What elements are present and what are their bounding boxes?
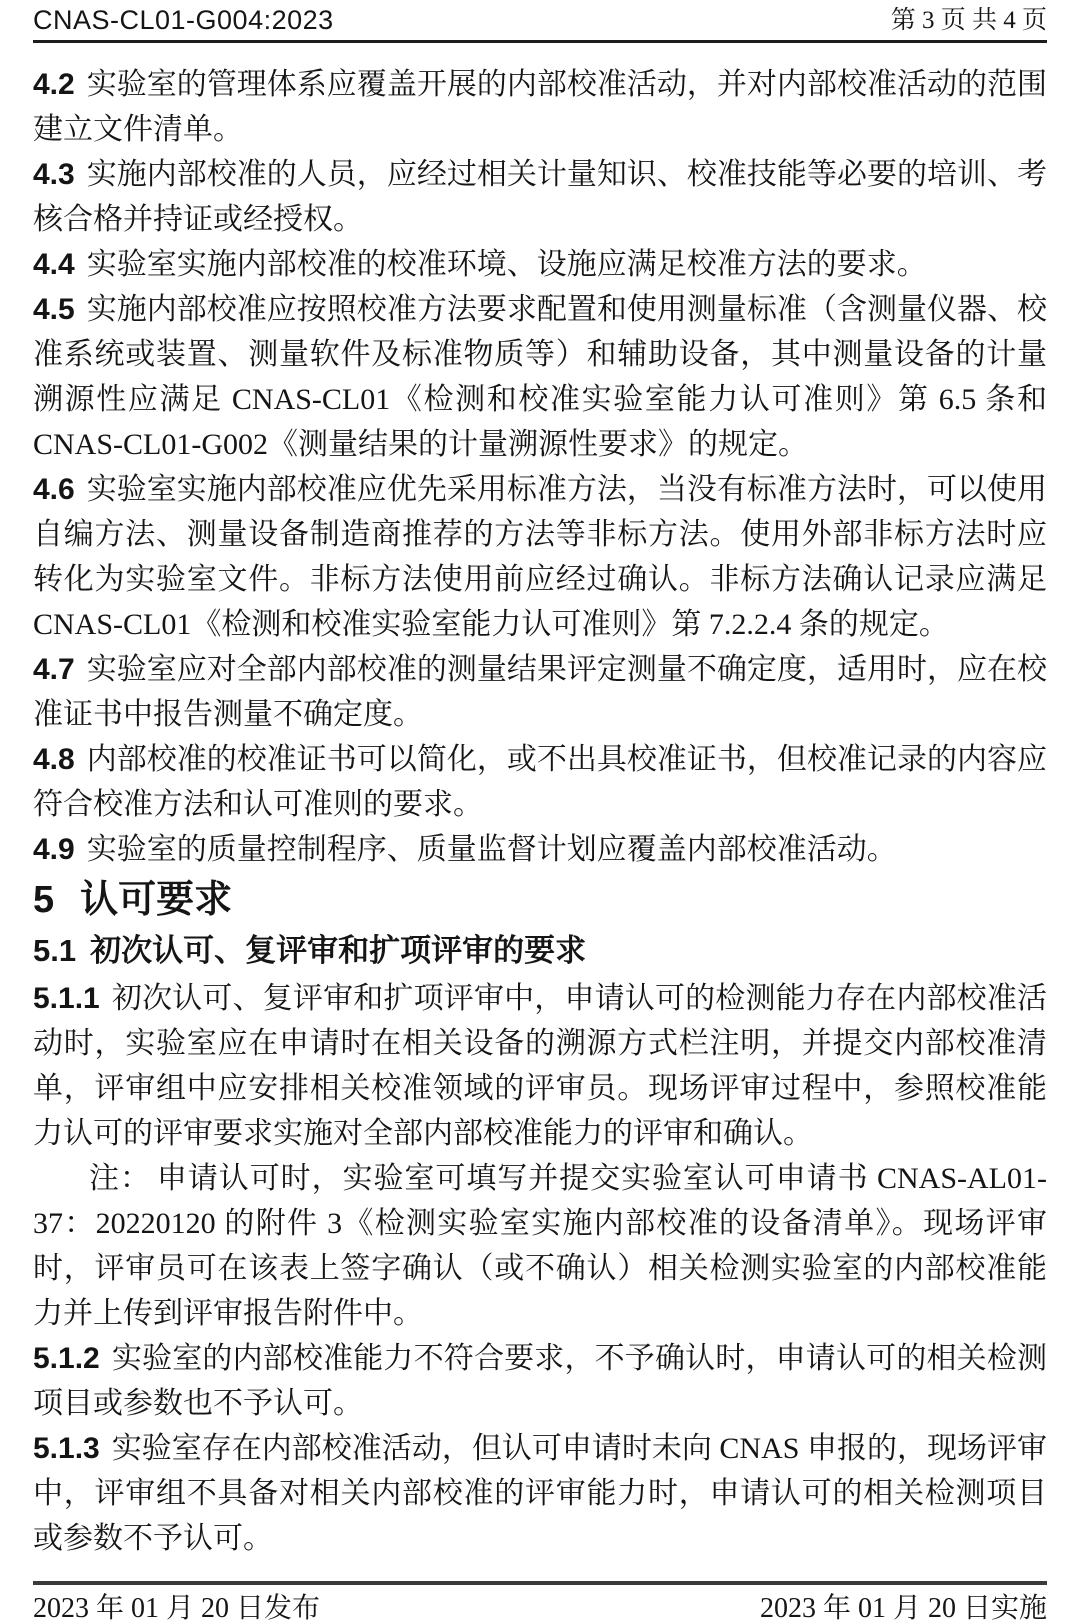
clause-5-1-1: 5.1.1初次认可、复评审和扩项评审中，申请认可的检测能力存在内部校准活动时，实… bbox=[33, 976, 1047, 1156]
clause-4-7: 4.7实验室应对全部内部校准的测量结果评定测量不确定度，适用时，应在校准证书中报… bbox=[33, 647, 1047, 737]
clause-number: 4.5 bbox=[33, 293, 75, 326]
clause-number: 4.6 bbox=[33, 473, 75, 506]
page-number: 第 3 页 共 4 页 bbox=[891, 0, 1047, 36]
clause-5-1-2: 5.1.2实验室的内部校准能力不符合要求，不予确认时，申请认可的相关检测项目或参… bbox=[33, 1336, 1047, 1426]
clause-text: 实验室的质量控制程序、质量监督计划应覆盖内部校准活动。 bbox=[87, 833, 897, 866]
clause-4-2: 4.2实验室的管理体系应覆盖开展的内部校准活动，并对内部校准活动的范围建立文件清… bbox=[33, 62, 1047, 152]
section-number: 5 bbox=[33, 879, 54, 921]
note-text: 申请认可时，实验室可填写并提交实验室认可申请书 CNAS-AL01-37：202… bbox=[33, 1162, 1047, 1330]
clause-text: 实验室实施内部校准应优先采用标准方法，当没有标准方法时，可以使用自编方法、测量设… bbox=[33, 473, 1047, 641]
document-page: CNAS-CL01-G004:2023 第 3 页 共 4 页 4.2实验室的管… bbox=[0, 0, 1080, 1620]
section-heading-5-1: 5.1初次认可、复评审和扩项评审的要求 bbox=[33, 926, 1047, 976]
clause-text: 实验室的管理体系应覆盖开展的内部校准活动，并对内部校准活动的范围建立文件清单。 bbox=[33, 68, 1047, 146]
clause-number: 4.7 bbox=[33, 653, 75, 686]
clause-number: 4.2 bbox=[33, 68, 75, 101]
note-label: 注： bbox=[89, 1162, 151, 1195]
section-heading-5: 5认可要求 bbox=[33, 874, 1047, 926]
footer-rule bbox=[33, 1581, 1047, 1585]
issue-date: 2023 年 01 月 20 日发布 bbox=[33, 1586, 320, 1620]
clause-text: 初次认可、复评审和扩项评审中，申请认可的检测能力存在内部校准活动时，实验室应在申… bbox=[33, 982, 1047, 1150]
clause-4-9: 4.9实验室的质量控制程序、质量监督计划应覆盖内部校准活动。 bbox=[33, 827, 1047, 872]
page-footer: 2023 年 01 月 20 日发布 2023 年 01 月 20 日实施 bbox=[33, 1586, 1047, 1620]
section-title: 初次认可、复评审和扩项评审的要求 bbox=[90, 933, 586, 968]
clause-text: 实验室实施内部校准的校准环境、设施应满足校准方法的要求。 bbox=[87, 248, 927, 281]
section-title: 认可要求 bbox=[80, 879, 232, 921]
note-paragraph: 注：申请认可时，实验室可填写并提交实验室认可申请书 CNAS-AL01-37：2… bbox=[33, 1156, 1047, 1336]
clause-number: 5.1.2 bbox=[33, 1342, 100, 1375]
page-header: CNAS-CL01-G004:2023 第 3 页 共 4 页 bbox=[33, 4, 1047, 36]
clause-4-5: 4.5实施内部校准应按照校准方法要求配置和使用测量标准（含测量仪器、校准系统或装… bbox=[33, 287, 1047, 467]
clause-text: 实施内部校准的人员，应经过相关计量知识、校准技能等必要的培训、考核合格并持证或经… bbox=[33, 158, 1047, 236]
clause-text: 内部校准的校准证书可以简化，或不出具校准证书，但校准记录的内容应符合校准方法和认… bbox=[33, 743, 1047, 821]
clause-4-8: 4.8内部校准的校准证书可以简化，或不出具校准证书，但校准记录的内容应符合校准方… bbox=[33, 737, 1047, 827]
header-rule bbox=[33, 40, 1047, 43]
document-code: CNAS-CL01-G004:2023 bbox=[33, 5, 334, 36]
clause-4-6: 4.6实验室实施内部校准应优先采用标准方法，当没有标准方法时，可以使用自编方法、… bbox=[33, 467, 1047, 647]
clause-number: 5.1.1 bbox=[33, 982, 100, 1015]
clause-text: 实验室应对全部内部校准的测量结果评定测量不确定度，适用时，应在校准证书中报告测量… bbox=[33, 653, 1047, 731]
clause-number: 5.1.3 bbox=[33, 1432, 100, 1465]
clause-number: 4.4 bbox=[33, 248, 75, 281]
clause-text: 实验室存在内部校准活动，但认可申请时未向 CNAS 申报的，现场评审中，评审组不… bbox=[33, 1432, 1047, 1555]
section-number: 5.1 bbox=[33, 933, 76, 968]
clause-4-4: 4.4实验室实施内部校准的校准环境、设施应满足校准方法的要求。 bbox=[33, 242, 1047, 287]
clause-text: 实施内部校准应按照校准方法要求配置和使用测量标准（含测量仪器、校准系统或装置、测… bbox=[33, 293, 1047, 461]
clause-4-3: 4.3实施内部校准的人员，应经过相关计量知识、校准技能等必要的培训、考核合格并持… bbox=[33, 152, 1047, 242]
clause-number: 4.3 bbox=[33, 158, 75, 191]
document-body: 4.2实验室的管理体系应覆盖开展的内部校准活动，并对内部校准活动的范围建立文件清… bbox=[33, 62, 1047, 1561]
implement-date: 2023 年 01 月 20 日实施 bbox=[760, 1586, 1047, 1620]
clause-5-1-3: 5.1.3实验室存在内部校准活动，但认可申请时未向 CNAS 申报的，现场评审中… bbox=[33, 1426, 1047, 1561]
clause-number: 4.9 bbox=[33, 833, 75, 866]
clause-number: 4.8 bbox=[33, 743, 75, 776]
clause-text: 实验室的内部校准能力不符合要求，不予确认时，申请认可的相关检测项目或参数也不予认… bbox=[33, 1342, 1047, 1420]
